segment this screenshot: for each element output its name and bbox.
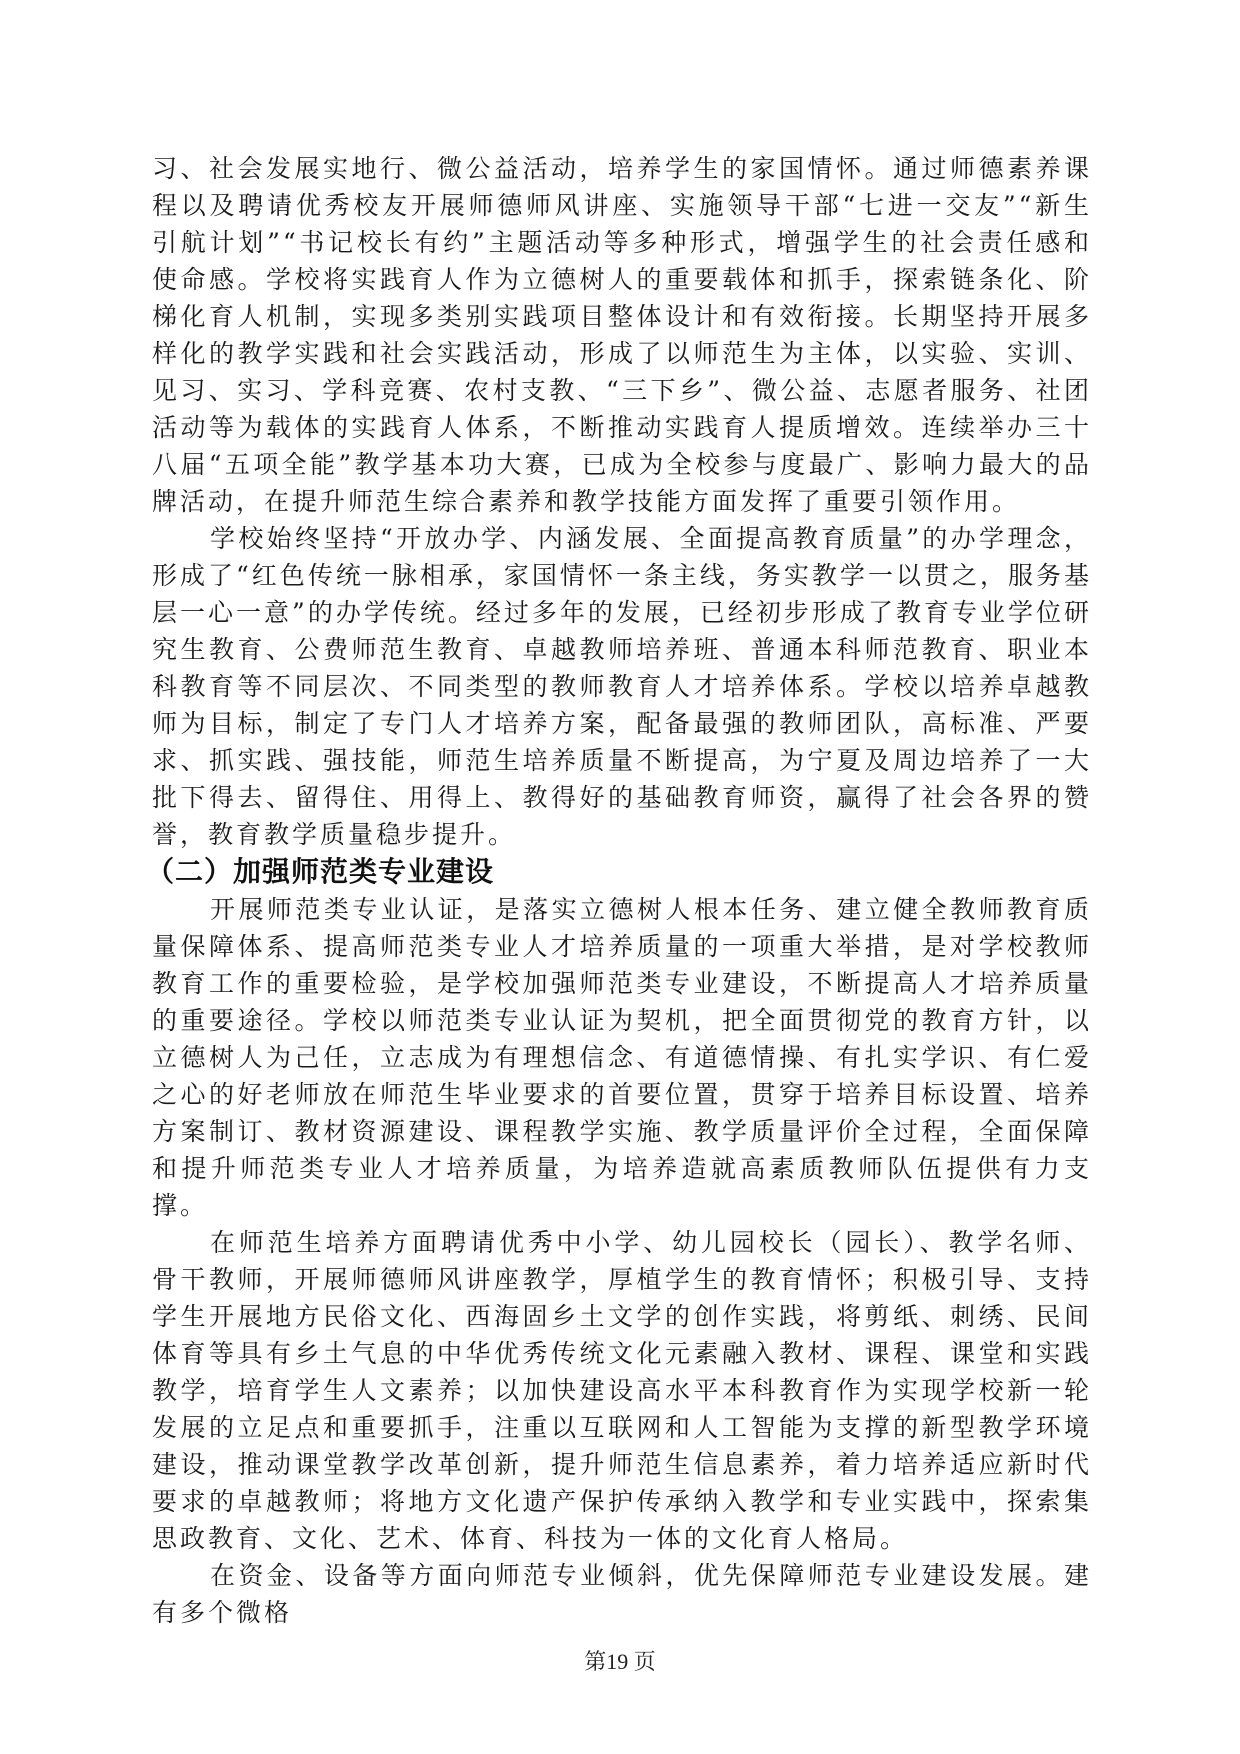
section-heading: （二）加强师范类专业建设 (146, 853, 1092, 891)
paragraph-school-philosophy: 学校始终坚持“开放办学、内涵发展、全面提高教育质量”的办学理念，形成了“红色传统… (152, 520, 1092, 853)
page-number: 第19 页 (0, 1645, 1240, 1676)
document-page: 习、社会发展实地行、微公益活动，培养学生的家国情怀。通过师德素养课程以及聘请优秀… (152, 150, 1092, 1631)
paragraph-certification: 开展师范类专业认证，是落实立德树人根本任务、建立健全教师教育质量保障体系、提高师… (152, 891, 1092, 1224)
paragraph-funding: 在资金、设备等方面向师范专业倾斜，优先保障师范专业建设发展。建有多个微格 (152, 1557, 1092, 1631)
paragraph-continuation: 习、社会发展实地行、微公益活动，培养学生的家国情怀。通过师德素养课程以及聘请优秀… (152, 150, 1092, 520)
paragraph-training: 在师范生培养方面聘请优秀中小学、幼儿园校长（园长）、教学名师、骨干教师，开展师德… (152, 1224, 1092, 1557)
